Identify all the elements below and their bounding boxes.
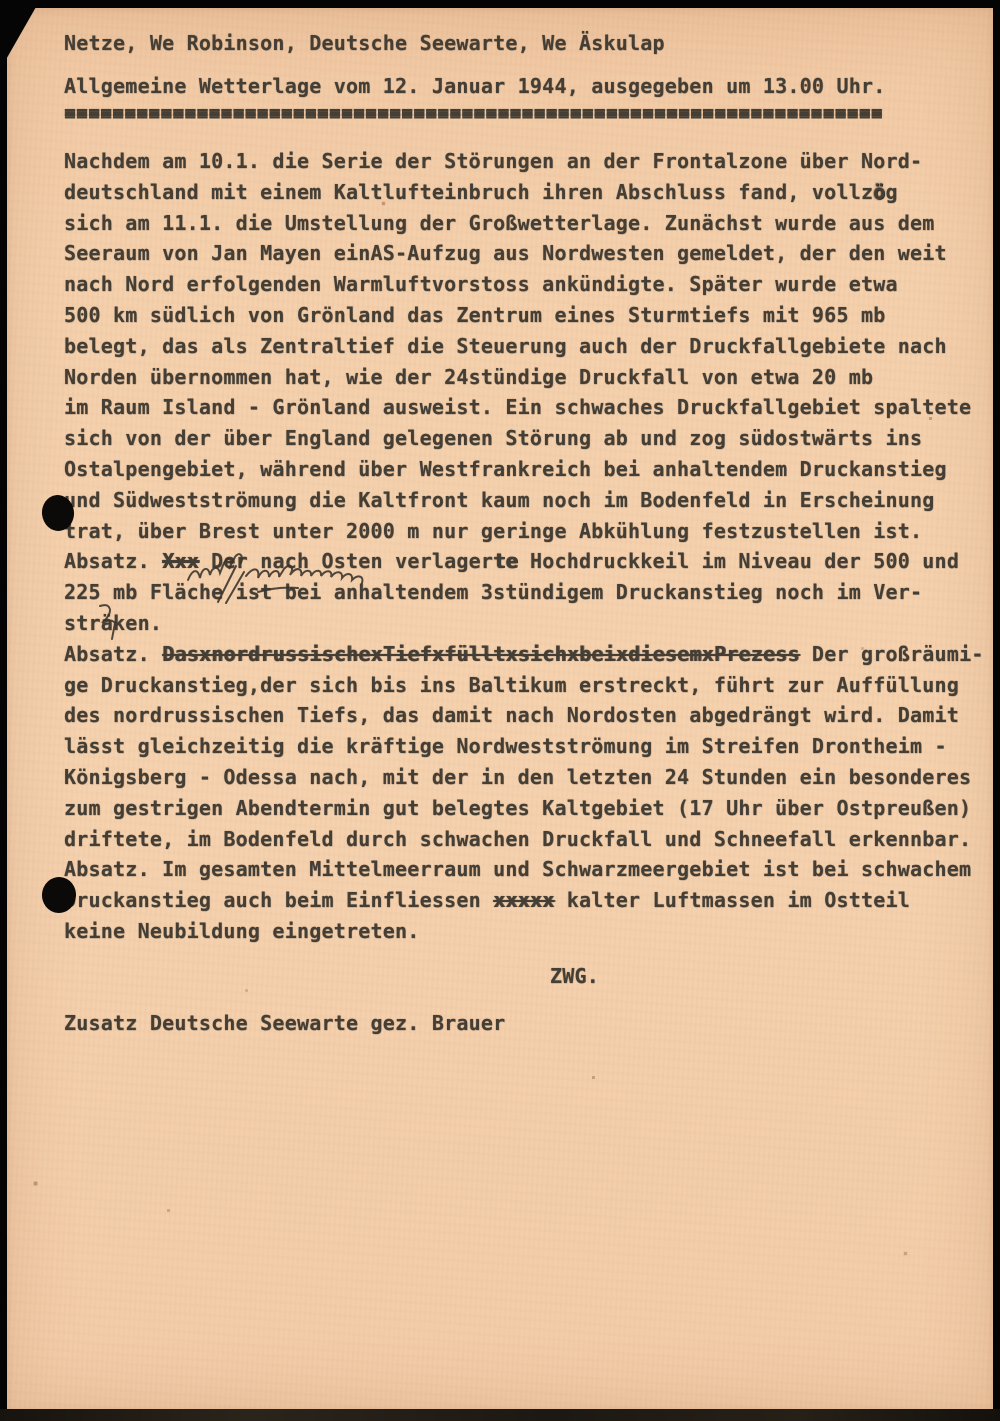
text-line: lässt gleichzeitig die kräftige Nordwest…	[64, 731, 994, 762]
scanned-weather-report-page: { "page": { "paper_color": "#f4cfab", "i…	[0, 0, 1000, 1421]
document-title: Allgemeine Wetterlage vom 12. Januar 194…	[64, 74, 886, 98]
body-paragraphs: Nachdem am 10.1. die Serie der Störungen…	[64, 146, 994, 947]
text-line: und Südwestströmung die Kaltfront kaum n…	[64, 485, 994, 516]
document-text: Netze, We Robinson, Deutsche Seewarte, W…	[0, 0, 1000, 1421]
text-line: Seeraum von Jan Mayen einAS-Aufzug aus N…	[64, 238, 994, 269]
text-line: belegt, das als Zentraltief die Steuerun…	[64, 331, 994, 362]
text-line: sich von der über England gelegenen Stör…	[64, 423, 994, 454]
line-segment: Druckanstieg auch beim Einfliessen	[64, 888, 493, 912]
text-line: ge Druckanstieg,der sich bis ins Baltiku…	[64, 670, 994, 701]
addendum-line: Zusatz Deutsche Seewarte gez. Brauer	[64, 1011, 505, 1035]
text-line: nach Nord erfolgenden Warmluftvorstoss a…	[64, 269, 994, 300]
line-segment: Hochdruckkeil im Niveau der 500 und	[518, 549, 959, 573]
text-line: im Raum Island - Grönland ausweist. Ein …	[64, 392, 994, 423]
text-line: Nachdem am 10.1. die Serie der Störungen…	[64, 146, 994, 177]
line-segment: Der großräumi-	[800, 642, 984, 666]
text-line: zum gestrigen Abendtermin gut belegtes K…	[64, 793, 994, 824]
x-ed-out-text: xxxxx	[493, 888, 554, 912]
text-line: deutschland mit einem Kaltlufteinbruch i…	[64, 177, 994, 208]
line-segment: kalter Luftmassen im Ostteil	[554, 888, 910, 912]
text-line: trat, über Brest unter 2000 m nur gering…	[64, 516, 994, 547]
recipient-line: Netze, We Robinson, Deutsche Seewarte, W…	[64, 31, 665, 55]
handwritten-annotation	[150, 550, 470, 622]
text-line: sich am 11.1. die Umstellung der Großwet…	[64, 208, 994, 239]
text-line: Ostalpengebiet, während über Westfrankre…	[64, 454, 994, 485]
overtyped-text: te	[493, 549, 518, 573]
text-line: 500 km südlich von Grönland das Zentrum …	[64, 300, 994, 331]
signoff: ZWG.	[550, 964, 599, 988]
text-line: des nordrussischen Tiefs, das damit nach…	[64, 700, 994, 731]
text-line: driftete, im Bodenfeld durch schwachen D…	[64, 824, 994, 855]
text-line: Absatz. DasxnordrussischexTiefxfülltxsic…	[64, 639, 994, 670]
overstruck-letter: ö	[873, 180, 885, 204]
x-ed-out-text: DasxnordrussischexTiefxfülltxsichxbeixdi…	[162, 642, 800, 666]
text-line: Königsberg - Odessa nach, mit der in den…	[64, 762, 994, 793]
handwritten-correction-mark	[88, 598, 132, 646]
text-line: Norden übernommen hat, wie der 24stündig…	[64, 362, 994, 393]
line-segment: g	[886, 180, 898, 204]
line-segment: Absatz.	[64, 549, 162, 573]
title-underline: ========================================…	[64, 100, 883, 124]
text-line: Druckanstieg auch beim Einfliessen xxxxx…	[64, 885, 994, 916]
line-segment: deutschland mit einem Kaltlufteinbruch i…	[64, 180, 873, 204]
scan-edge-band	[0, 1409, 1000, 1421]
text-line: Absatz. Im gesamten Mittelmeerraum und S…	[64, 854, 994, 885]
text-line: keine Neubildung eingetreten.	[64, 916, 994, 947]
